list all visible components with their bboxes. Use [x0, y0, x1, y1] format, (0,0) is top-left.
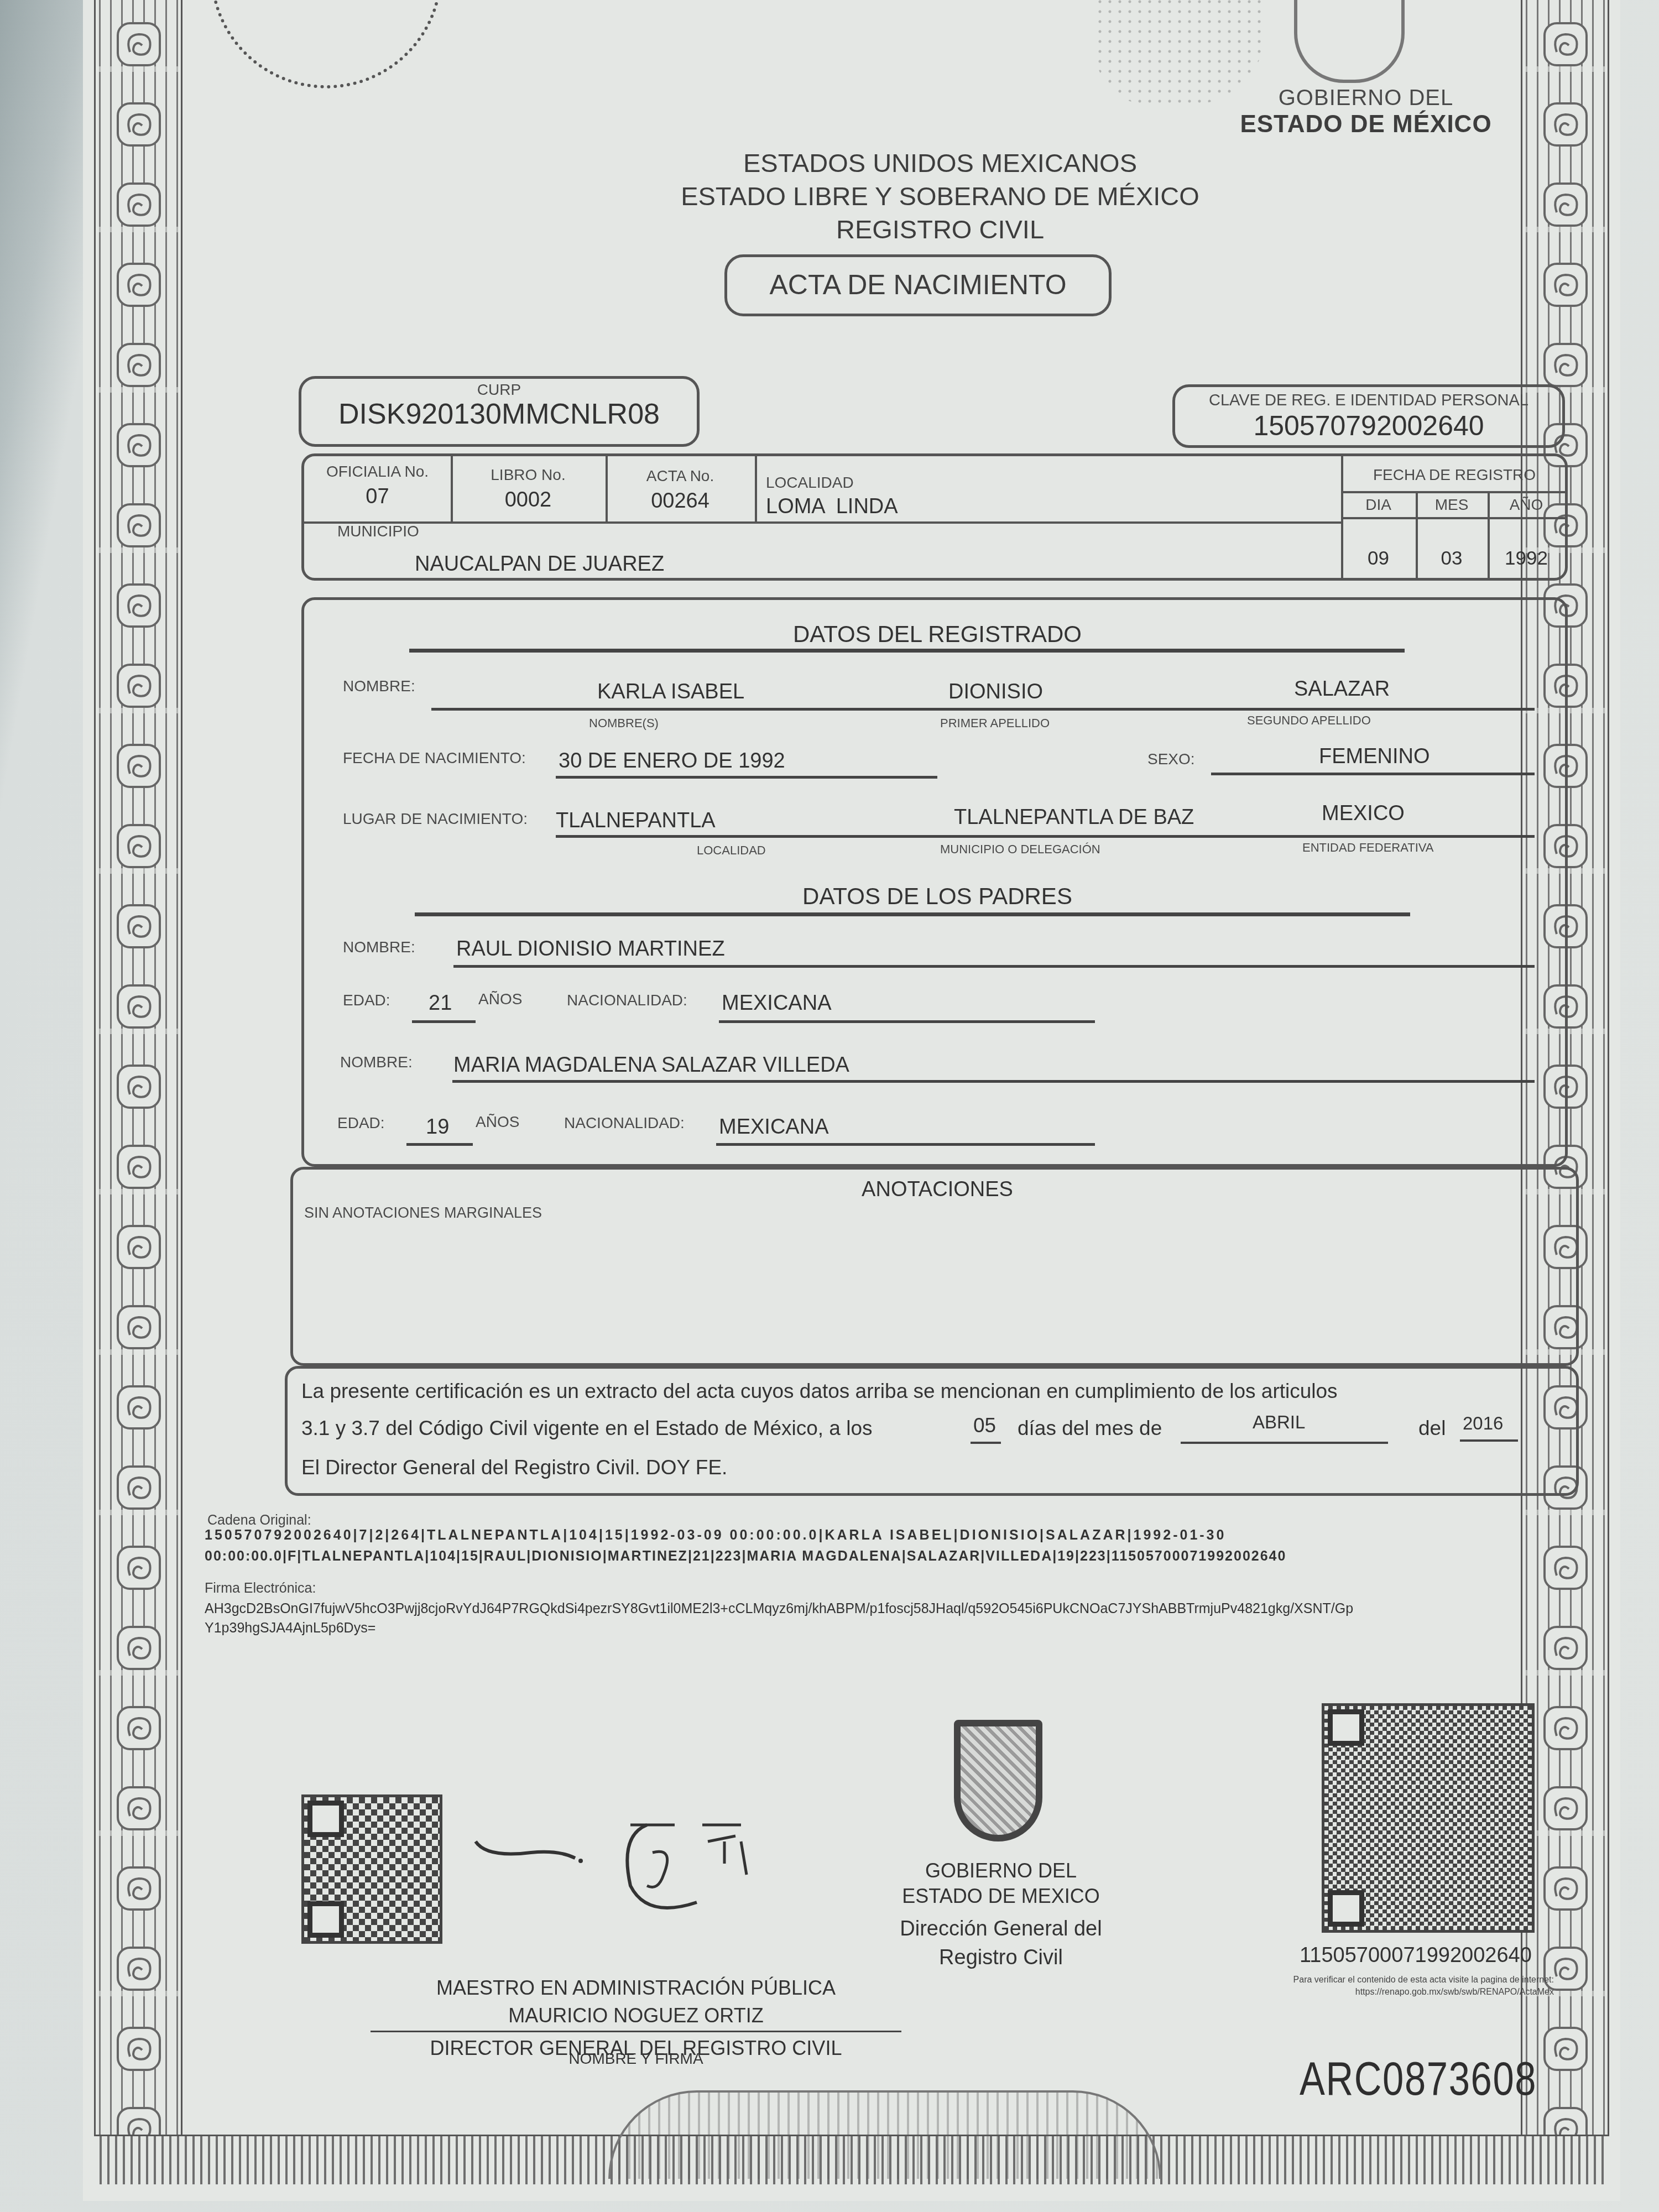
border-scroll-ornament — [117, 824, 161, 868]
libro-label: LIBRO No. — [451, 466, 606, 484]
document-title: ACTA DE NACIMIENTO — [724, 254, 1112, 316]
annotations-section: ANOTACIONES SIN ANOTACIONES MARGINALES — [290, 1167, 1579, 1366]
padre-nombre-value: RAUL DIONISIO MARTINEZ — [456, 937, 725, 961]
annotations-title: ANOTACIONES — [293, 1178, 1582, 1202]
gobierno-line-1: GOBIERNO DEL — [1211, 86, 1521, 111]
primer-apellido-caption: PRIMER APELLIDO — [940, 716, 1050, 731]
madre-edad-underline — [406, 1143, 473, 1146]
footer-direccion-line-2: Registro Civil — [868, 1943, 1134, 1972]
border-scroll-ornament — [1543, 182, 1588, 227]
state-shield-icon — [1294, 0, 1405, 83]
day-underline — [971, 1442, 1001, 1444]
certification-days-text: días del mes de — [1018, 1417, 1162, 1440]
state-government-logo-text: GOBIERNO DEL ESTADO DE MÉXICO — [1211, 86, 1521, 138]
lugar-nacimiento-label: LUGAR DE NACIMIENTO: — [343, 810, 528, 828]
madre-anios-label: AÑOS — [476, 1113, 519, 1131]
primer-apellido-value: DIONISIO — [948, 680, 1043, 704]
clave-label: CLAVE DE REG. E IDENTIDAD PERSONAL — [1175, 392, 1562, 410]
registration-table: OFICIALIA No. 07 LIBRO No. 0002 ACTA No.… — [301, 453, 1568, 581]
certification-line-1: La presente certificación es un extracto… — [301, 1380, 1338, 1403]
municipio-label: MUNICIPIO — [337, 523, 664, 540]
localidad-value: LOMA LINDA — [766, 495, 898, 519]
mes-value: 03 — [1416, 547, 1488, 570]
padre-nacionalidad-underline — [719, 1020, 1095, 1023]
cadena-original-label: Cadena Original: — [207, 1512, 311, 1528]
border-scroll-ornament — [1543, 1706, 1588, 1750]
director-signature — [465, 1808, 796, 1952]
madre-nacionalidad-label: NACIONALIDAD: — [564, 1114, 685, 1132]
municipio-cell: MUNICIPIO NAUCALPAN DE JUAREZ — [337, 523, 664, 576]
border-scroll-ornament — [117, 1145, 161, 1189]
municipio-caption: MUNICIPIO O DELEGACIÓN — [940, 842, 1100, 857]
annotations-text: SIN ANOTACIONES MARGINALES — [304, 1204, 542, 1222]
nombres-caption: NOMBRE(S) — [589, 716, 659, 731]
birth-certificate-page: GOBIERNO DEL ESTADO DE MÉXICO ESTADOS UN… — [83, 0, 1620, 2201]
border-scroll-ornament — [117, 1546, 161, 1590]
curp-label: CURP — [301, 381, 697, 399]
padre-edad-value: 21 — [429, 992, 452, 1015]
certification-day: 05 — [973, 1414, 996, 1437]
verification-url: https://renapo.gob.mx/swb/swb/RENAPO/Act… — [1211, 1986, 1554, 1999]
libro-value: 0002 — [451, 488, 606, 512]
border-scroll-ornament — [117, 664, 161, 708]
madre-nombre-label: NOMBRE: — [340, 1053, 413, 1071]
border-scroll-ornament — [1543, 1626, 1588, 1670]
dia-value: 09 — [1341, 547, 1416, 570]
firma-electronica-line-1: AH3gcD2BsOnGI7fujwV5hcO3Pwjj8cjoRvYdJ64P… — [205, 1601, 1353, 1617]
border-scroll-ornament — [117, 2027, 161, 2071]
director-block: MAESTRO EN ADMINISTRACIÓN PÚBLICA MAURIC… — [371, 1974, 901, 2068]
acta-cell: ACTA No. 00264 — [606, 467, 755, 513]
lugar-entidad-value: MEXICO — [1322, 802, 1405, 826]
qr-code-small — [301, 1794, 442, 1944]
border-scroll-ornament — [117, 182, 161, 227]
border-scroll-ornament — [117, 744, 161, 788]
localidad-caption: LOCALIDAD — [697, 843, 766, 858]
decorative-border-left — [94, 0, 182, 2179]
oficialia-cell: OFICIALIA No. 07 — [304, 463, 451, 509]
border-scroll-ornament — [117, 423, 161, 467]
title-underline — [409, 649, 1405, 653]
firma-electronica-label: Firma Electrónica: — [205, 1580, 316, 1597]
certification-month: ABRIL — [1253, 1412, 1305, 1433]
padre-nombre-underline — [453, 965, 1535, 968]
curp-value: DISK920130MMCNLR08 — [301, 398, 697, 431]
localidad-label: LOCALIDAD — [766, 474, 898, 492]
border-scroll-ornament — [117, 984, 161, 1029]
divider — [1341, 517, 1568, 519]
registrant-section: DATOS DEL REGISTRADO NOMBRE: KARLA ISABE… — [301, 597, 1568, 1167]
footer-government-text: GOBIERNO DEL ESTADO DE MEXICO Dirección … — [868, 1858, 1134, 1972]
certification-line-3: El Director General del Registro Civil. … — [301, 1456, 727, 1479]
segundo-apellido-value: SALAZAR — [1294, 677, 1390, 701]
verification-line-1: Para verificar el contenido de esta acta… — [1211, 1974, 1554, 1986]
madre-nacionalidad-underline — [716, 1143, 1095, 1146]
header-line-1: ESTADOS UNIDOS MEXICANOS — [603, 147, 1277, 180]
footer-direccion-line-1: Dirección General del — [868, 1914, 1134, 1943]
acta-label: ACTA No. — [606, 467, 755, 485]
nombres-value: KARLA ISABEL — [597, 680, 744, 704]
localidad-cell: LOCALIDAD LOMA LINDA — [766, 474, 898, 519]
border-scroll-ornament — [117, 1065, 161, 1109]
madre-edad-value: 19 — [426, 1115, 449, 1139]
fecha-nacimiento-value: 30 DE ENERO DE 1992 — [559, 749, 785, 773]
border-scroll-ornament — [117, 1947, 161, 1991]
qr-number: 11505700071992002640 — [1300, 1944, 1532, 1968]
folio-number: ARC0873608 — [1300, 2052, 1537, 2106]
header-line-2: ESTADO LIBRE Y SOBERANO DE MÉXICO — [603, 180, 1277, 213]
border-scroll-ornament — [117, 1706, 161, 1750]
lugar-municipio-value: TLALNEPANTLA DE BAZ — [954, 806, 1194, 830]
lugar-localidad-value: TLALNEPANTLA — [556, 809, 716, 833]
border-scroll-ornament — [117, 503, 161, 547]
decorative-bottom-ornament — [608, 2090, 1161, 2179]
lugar-underline — [556, 835, 1535, 838]
padre-nombre-label: NOMBRE: — [343, 938, 415, 956]
madre-nombre-underline — [452, 1080, 1535, 1083]
dia-label: DIA — [1341, 496, 1416, 514]
border-scroll-ornament — [1543, 1786, 1588, 1830]
municipio-value: NAUCALPAN DE JUAREZ — [415, 552, 664, 576]
certification-section: La presente certificación es un extracto… — [285, 1366, 1579, 1496]
padre-anios-label: AÑOS — [478, 990, 522, 1008]
clave-box: CLAVE DE REG. E IDENTIDAD PERSONAL 15057… — [1172, 384, 1565, 448]
padre-nacionalidad-value: MEXICANA — [722, 992, 831, 1015]
sexo-label: SEXO: — [1147, 750, 1195, 768]
madre-nombre-value: MARIA MAGDALENA SALAZAR VILLEDA — [453, 1053, 849, 1077]
director-title: MAESTRO EN ADMINISTRACIÓN PÚBLICA — [371, 1974, 901, 2002]
segundo-apellido-caption: SEGUNDO APELLIDO — [1247, 713, 1371, 728]
border-scroll-ornament — [117, 263, 161, 307]
border-scroll-ornament — [117, 1305, 161, 1349]
mes-label: MES — [1416, 496, 1488, 514]
state-shield-icon — [954, 1720, 1042, 1841]
libro-cell: LIBRO No. 0002 — [451, 466, 606, 512]
year-underline — [1460, 1439, 1518, 1442]
border-scroll-ornament — [117, 1465, 161, 1510]
padre-edad-underline — [412, 1020, 476, 1023]
fecha-registro-label: FECHA DE REGISTRO — [1341, 466, 1568, 484]
border-scroll-ornament — [117, 1866, 161, 1911]
footer-gobierno-line-2: ESTADO DE MEXICO — [868, 1884, 1134, 1909]
border-scroll-ornament — [117, 1786, 161, 1830]
border-scroll-ornament — [1543, 102, 1588, 147]
anio-label: AÑO — [1488, 496, 1565, 514]
border-scroll-ornament — [1543, 1866, 1588, 1911]
director-name: MAURICIO NOGUEZ ORTIZ — [371, 2002, 901, 2030]
signature-line — [371, 2031, 901, 2032]
sexo-underline — [1211, 773, 1535, 775]
cadena-original-line-1: 150570792002640|7|2|264|TLALNEPANTLA|104… — [205, 1527, 1226, 1543]
gobierno-line-2: ESTADO DE MÉXICO — [1211, 111, 1521, 138]
entidad-caption: ENTIDAD FEDERATIVA — [1302, 841, 1434, 855]
clave-value: 150570792002640 — [1175, 410, 1562, 442]
border-scroll-ornament — [1543, 22, 1588, 66]
madre-nacionalidad-value: MEXICANA — [719, 1115, 828, 1139]
border-scroll-ornament — [1543, 343, 1588, 387]
curp-box: CURP DISK920130MMCNLR08 — [299, 376, 700, 447]
cadena-original-line-2: 00:00:00.0|F|TLALNEPANTLA|104|15|RAUL|DI… — [205, 1548, 1286, 1564]
border-scroll-ornament — [1543, 263, 1588, 307]
national-seal-icon — [210, 0, 442, 88]
parents-section-title: DATOS DE LOS PADRES — [304, 883, 1571, 910]
certification-del-text: del — [1418, 1417, 1446, 1440]
divider — [1341, 491, 1568, 493]
border-scroll-ornament — [117, 904, 161, 948]
nombre-underline — [431, 708, 1535, 711]
fecha-nacimiento-label: FECHA DE NACIMIENTO: — [343, 749, 526, 767]
title-underline — [415, 912, 1410, 916]
oficialia-value: 07 — [304, 485, 451, 509]
document-header: ESTADOS UNIDOS MEXICANOS ESTADO LIBRE Y … — [603, 147, 1277, 246]
verification-note: Para verificar el contenido de esta acta… — [1211, 1974, 1554, 1999]
sexo-value: FEMENINO — [1319, 745, 1430, 769]
padre-edad-label: EDAD: — [343, 992, 390, 1009]
acta-value: 00264 — [606, 489, 755, 513]
header-line-3: REGISTRO CIVIL — [603, 213, 1277, 246]
footer-gobierno-line-1: GOBIERNO DEL — [868, 1858, 1134, 1884]
divider — [755, 456, 757, 523]
border-scroll-ornament — [117, 1385, 161, 1430]
border-scroll-ornament — [117, 22, 161, 66]
registrant-section-title: DATOS DEL REGISTRADO — [304, 621, 1571, 648]
anio-value: 1992 — [1488, 547, 1565, 570]
border-scroll-ornament — [1543, 2027, 1588, 2071]
nombre-label: NOMBRE: — [343, 677, 415, 695]
padre-nacionalidad-label: NACIONALIDAD: — [567, 992, 687, 1009]
qr-code-large — [1322, 1703, 1535, 1933]
certification-year: 2016 — [1463, 1413, 1503, 1434]
border-scroll-ornament — [117, 583, 161, 628]
madre-edad-label: EDAD: — [337, 1114, 385, 1132]
certification-line-2: 3.1 y 3.7 del Código Civil vigente en el… — [301, 1417, 872, 1440]
border-scroll-ornament — [1543, 1546, 1588, 1590]
firma-electronica-line-2: Y1p39hgSJA4AjnL5p6Dys= — [205, 1620, 375, 1636]
month-underline — [1181, 1442, 1388, 1444]
border-scroll-ornament — [117, 1626, 161, 1670]
border-scroll-ornament — [117, 343, 161, 387]
border-scroll-ornament — [117, 102, 161, 147]
oficialia-label: OFICIALIA No. — [304, 463, 451, 481]
fecha-underline — [556, 776, 937, 779]
border-scroll-ornament — [117, 1225, 161, 1269]
